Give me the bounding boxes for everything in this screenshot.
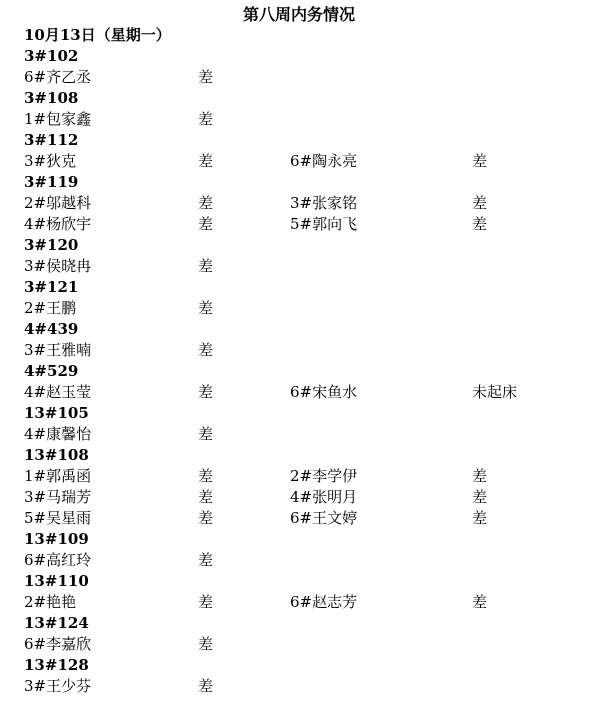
member-name (290, 676, 472, 697)
member-name: 6#高红玲 (24, 550, 198, 571)
member-row: 4#康馨怡 差 (0, 424, 598, 445)
member-name: 4#杨欣宇 (24, 214, 198, 235)
member-name (290, 550, 472, 571)
member-row: 6#齐乙丞 差 (0, 67, 598, 88)
member-rating (472, 256, 598, 277)
member-name: 2#李学伊 (290, 466, 472, 487)
member-rating: 差 (198, 298, 290, 319)
member-row: 4#杨欣宇 差 5#郭向飞 差 (0, 214, 598, 235)
member-rating: 差 (472, 508, 598, 529)
member-rating: 差 (198, 382, 290, 403)
member-rating: 差 (198, 67, 290, 88)
page-title: 第八周内务情况 (0, 4, 598, 25)
member-name: 6#李嘉欣 (24, 634, 198, 655)
member-name: 2#王鹏 (24, 298, 198, 319)
member-row: 2#邬越科 差 3#张家铭 差 (0, 193, 598, 214)
member-row: 2#艳艳 差 6#赵志芳 差 (0, 592, 598, 613)
member-rating: 差 (198, 340, 290, 361)
member-rating (472, 67, 598, 88)
room-header: 4#439 (0, 319, 598, 340)
member-rating (472, 298, 598, 319)
member-rating: 差 (198, 550, 290, 571)
member-rating: 差 (472, 193, 598, 214)
member-rating: 差 (472, 151, 598, 172)
member-name: 2#邬越科 (24, 193, 198, 214)
member-rating (472, 634, 598, 655)
room-header: 3#119 (0, 172, 598, 193)
member-rating (472, 676, 598, 697)
member-row: 4#赵玉莹 差 6#宋鱼水 未起床 (0, 382, 598, 403)
member-row: 2#王鹏 差 (0, 298, 598, 319)
room-header: 13#110 (0, 571, 598, 592)
document-page: 第八周内务情况 10月13日（星期一） 3#102 6#齐乙丞 差 3#108 … (0, 0, 598, 697)
room-header: 3#108 (0, 88, 598, 109)
member-rating: 差 (472, 466, 598, 487)
member-name: 3#狄克 (24, 151, 198, 172)
date-heading: 10月13日（星期一） (0, 25, 598, 46)
member-name (290, 298, 472, 319)
member-name: 3#张家铭 (290, 193, 472, 214)
member-rating: 差 (472, 487, 598, 508)
member-name: 3#王少芬 (24, 676, 198, 697)
room-header: 3#112 (0, 130, 598, 151)
member-rating: 差 (198, 424, 290, 445)
room-header: 13#105 (0, 403, 598, 424)
member-name (290, 634, 472, 655)
member-name: 3#马瑞芳 (24, 487, 198, 508)
room-header: 13#124 (0, 613, 598, 634)
member-rating: 差 (198, 508, 290, 529)
member-rating: 差 (198, 634, 290, 655)
member-name: 6#齐乙丞 (24, 67, 198, 88)
room-header: 3#121 (0, 277, 598, 298)
member-name: 6#赵志芳 (290, 592, 472, 613)
member-name (290, 340, 472, 361)
member-name: 3#侯晓冉 (24, 256, 198, 277)
member-rating: 差 (198, 214, 290, 235)
room-header: 3#102 (0, 46, 598, 67)
member-row: 6#高红玲 差 (0, 550, 598, 571)
room-header: 13#108 (0, 445, 598, 466)
member-name: 5#吴星雨 (24, 508, 198, 529)
member-name: 1#郭禹函 (24, 466, 198, 487)
member-name: 4#康馨怡 (24, 424, 198, 445)
member-name (290, 256, 472, 277)
member-rating (472, 550, 598, 571)
member-rating: 未起床 (472, 382, 598, 403)
member-name: 2#艳艳 (24, 592, 198, 613)
member-row: 3#王雅喃 差 (0, 340, 598, 361)
member-rating: 差 (198, 487, 290, 508)
member-rating: 差 (198, 109, 290, 130)
member-rating: 差 (472, 214, 598, 235)
member-name: 6#王文婷 (290, 508, 472, 529)
member-name: 4#赵玉莹 (24, 382, 198, 403)
member-rating: 差 (198, 151, 290, 172)
member-row: 3#王少芬 差 (0, 676, 598, 697)
member-row: 3#马瑞芳 差 4#张明月 差 (0, 487, 598, 508)
room-header: 4#529 (0, 361, 598, 382)
member-rating: 差 (198, 256, 290, 277)
member-row: 3#狄克 差 6#陶永亮 差 (0, 151, 598, 172)
member-name (290, 424, 472, 445)
member-rating: 差 (198, 676, 290, 697)
member-row: 6#李嘉欣 差 (0, 634, 598, 655)
member-rating (472, 424, 598, 445)
member-rating: 差 (198, 466, 290, 487)
room-header: 3#120 (0, 235, 598, 256)
member-rating (472, 340, 598, 361)
member-name: 4#张明月 (290, 487, 472, 508)
member-row: 1#包家鑫 差 (0, 109, 598, 130)
member-name: 5#郭向飞 (290, 214, 472, 235)
member-row: 3#侯晓冉 差 (0, 256, 598, 277)
room-header: 13#109 (0, 529, 598, 550)
member-name (290, 67, 472, 88)
member-rating (472, 109, 598, 130)
member-row: 1#郭禹函 差 2#李学伊 差 (0, 466, 598, 487)
member-name: 6#陶永亮 (290, 151, 472, 172)
member-rating: 差 (198, 193, 290, 214)
member-row: 5#吴星雨 差 6#王文婷 差 (0, 508, 598, 529)
member-name: 3#王雅喃 (24, 340, 198, 361)
member-name (290, 109, 472, 130)
room-header: 13#128 (0, 655, 598, 676)
member-rating: 差 (198, 592, 290, 613)
member-name: 6#宋鱼水 (290, 382, 472, 403)
member-rating: 差 (472, 592, 598, 613)
member-name: 1#包家鑫 (24, 109, 198, 130)
